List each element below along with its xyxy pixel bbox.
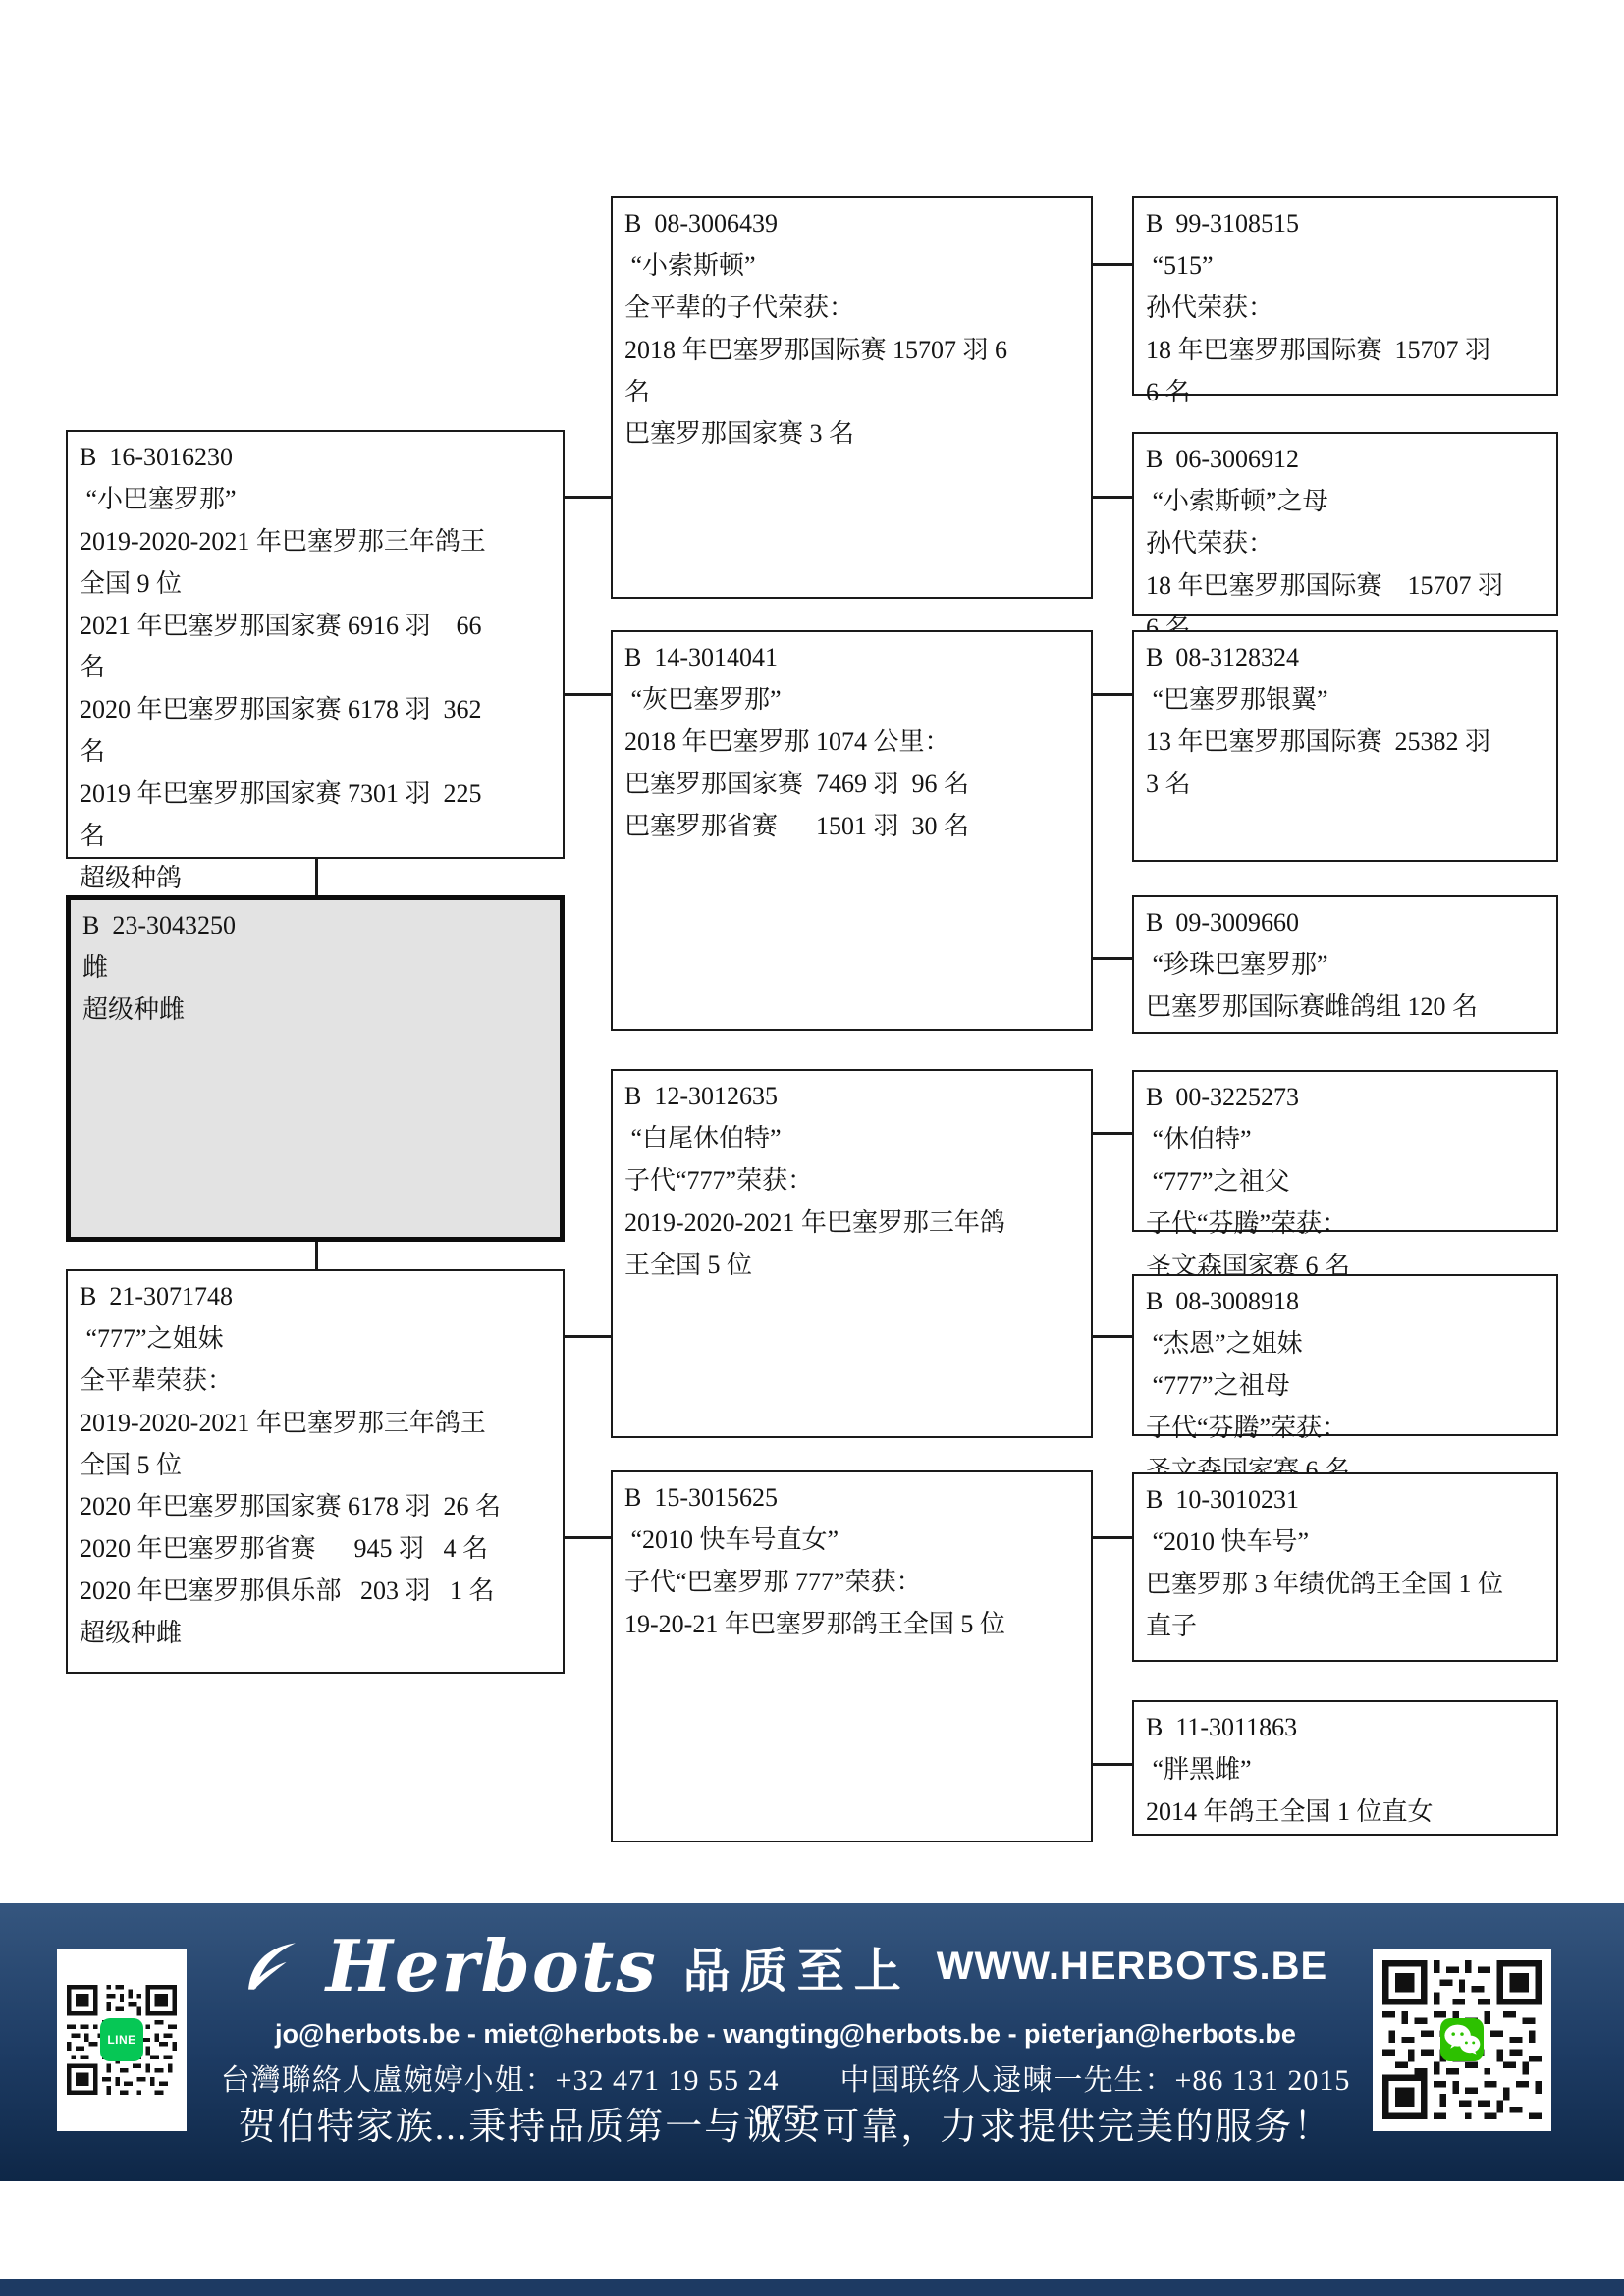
pedigree-box-gen3-1: B 99-3108515 “515” 孙代荣获： 18 年巴塞罗那国际赛 157… — [1132, 196, 1558, 396]
pigeon-details: “休伯特” “777”之祖父 子代“芬腾”荣获： 圣文森国家赛 6 名 — [1146, 1119, 1544, 1288]
ring-number: B 16-3016230 — [80, 437, 551, 479]
wechat-icon — [1440, 2018, 1484, 2061]
footer-brand-row: Herbots 品质至上 WWW.HERBOTS.BE — [206, 1931, 1365, 2002]
pigeon-details: 雌 超级种雌 — [82, 947, 548, 1032]
pedigree-box-gen3-5: B 00-3225273 “休伯特” “777”之祖父 子代“芬腾”荣获： 圣文… — [1132, 1070, 1558, 1232]
pigeon-details: “2010 快车号直女” 子代“巴塞罗那 777”荣获： 19-20-21 年巴… — [624, 1520, 1079, 1646]
pigeon-details: “515” 孙代荣获： 18 年巴塞罗那国际赛 15707 羽 6 名 — [1146, 245, 1544, 414]
connector-line — [1093, 496, 1132, 499]
connector-line — [1093, 1335, 1132, 1338]
pigeon-details: “小巴塞罗那” 2019-2020-2021 年巴塞罗那三年鸽王 全国 9 位 … — [80, 479, 551, 900]
footer-center: Herbots 品质至上 WWW.HERBOTS.BE jo@herbots.b… — [206, 1903, 1365, 2181]
connector-line — [1093, 263, 1132, 266]
connector-line — [315, 859, 318, 895]
footer-slogan: 贺伯特家族...秉持品质第一与诚实可靠，力求提供完美的服务！ — [206, 2096, 1365, 2150]
footer-emails: jo@herbots.be - miet@herbots.be - wangti… — [206, 2019, 1365, 2050]
pigeon-details: “2010 快车号” 巴塞罗那 3 年绩优鸽王全国 1 位 直子 — [1146, 1522, 1544, 1648]
connector-line — [565, 693, 611, 696]
pedigree-box-gen3-3: B 08-3128324 “巴塞罗那银翼” 13 年巴塞罗那国际赛 25382 … — [1132, 630, 1558, 862]
connector-line — [1093, 1536, 1132, 1539]
brand-logo: Herbots — [326, 1931, 658, 2002]
ring-number: B 21-3071748 — [80, 1276, 551, 1318]
pedigree-box-dam: B 21-3071748 “777”之姐妹 全平辈荣获： 2019-2020-2… — [66, 1269, 565, 1674]
connector-line — [1093, 1132, 1132, 1135]
pigeon-details: “灰巴塞罗那” 2018 年巴塞罗那 1074 公里： 巴塞罗那国家赛 7469… — [624, 679, 1079, 848]
pigeon-details: “杰恩”之姐妹 “777”之祖母 子代“芬腾”荣获： 圣文森国家赛 6 名 — [1146, 1323, 1544, 1492]
connector-line — [315, 1242, 318, 1269]
pedigree-box-gen3-7: B 10-3010231 “2010 快车号” 巴塞罗那 3 年绩优鸽王全国 1… — [1132, 1472, 1558, 1662]
connector-line — [1093, 957, 1132, 960]
ring-number: B 14-3014041 — [624, 637, 1079, 679]
pigeon-details: “巴塞罗那银翼” 13 年巴塞罗那国际赛 25382 羽 3 名 — [1146, 679, 1544, 806]
pedigree-box-gen3-6: B 08-3008918 “杰恩”之姐妹 “777”之祖母 子代“芬腾”荣获： … — [1132, 1274, 1558, 1436]
connector-line — [565, 496, 611, 499]
ring-number: B 23-3043250 — [82, 905, 548, 947]
pedigree-box-gen2-2: B 14-3014041 “灰巴塞罗那” 2018 年巴塞罗那 1074 公里：… — [611, 630, 1093, 1031]
ring-number: B 12-3012635 — [624, 1076, 1079, 1118]
pedigree-box-gen2-4: B 15-3015625 “2010 快车号直女” 子代“巴塞罗那 777”荣获… — [611, 1470, 1093, 1842]
pigeon-details: “777”之姐妹 全平辈荣获： 2019-2020-2021 年巴塞罗那三年鸽王… — [80, 1318, 551, 1655]
pedigree-box-subject: B 23-3043250 雌 超级种雌 — [66, 895, 565, 1242]
wechat-qr-code — [1373, 1949, 1551, 2131]
line-qr-code: LINE — [57, 1949, 187, 2131]
connector-line — [1093, 1763, 1132, 1766]
line-icon: LINE — [100, 2018, 143, 2061]
pedigree-box-gen3-2: B 06-3006912 “小索斯顿”之母 孙代荣获： 18 年巴塞罗那国际赛 … — [1132, 432, 1558, 616]
pigeon-details: “胖黑雌” 2014 年鸽王全国 1 位直女 — [1146, 1749, 1544, 1834]
pedigree-box-gen3-4: B 09-3009660 “珍珠巴塞罗那” 巴塞罗那国际赛雌鸽组 120 名 — [1132, 895, 1558, 1034]
connector-line — [565, 1536, 611, 1539]
footer-banner: LINE — [0, 1903, 1624, 2181]
ring-number: B 08-3008918 — [1146, 1281, 1544, 1323]
feather-icon — [241, 1941, 303, 1992]
pigeon-details: “小索斯顿” 全平辈的子代荣获： 2018 年巴塞罗那国际赛 15707 羽 6… — [624, 245, 1079, 455]
line-icon-label: LINE — [107, 2033, 135, 2047]
ring-number: B 99-3108515 — [1146, 203, 1544, 245]
ring-number: B 00-3225273 — [1146, 1077, 1544, 1119]
brand-tagline: 品质至上 — [683, 1933, 911, 2001]
pedigree-box-sire: B 16-3016230 “小巴塞罗那” 2019-2020-2021 年巴塞罗… — [66, 430, 565, 859]
ring-number: B 06-3006912 — [1146, 439, 1544, 481]
ring-number: B 08-3006439 — [624, 203, 1079, 245]
pedigree-box-gen2-3: B 12-3012635 “白尾休伯特” 子代“777”荣获： 2019-202… — [611, 1069, 1093, 1438]
pedigree-box-gen2-1: B 08-3006439 “小索斯顿” 全平辈的子代荣获： 2018 年巴塞罗那… — [611, 196, 1093, 599]
pigeon-details: “白尾休伯特” 子代“777”荣获： 2019-2020-2021 年巴塞罗那三… — [624, 1118, 1079, 1287]
pigeon-details: “小索斯顿”之母 孙代荣获： 18 年巴塞罗那国际赛 15707 羽 6 名 — [1146, 481, 1544, 650]
ring-number: B 09-3009660 — [1146, 902, 1544, 944]
ring-number: B 11-3011863 — [1146, 1707, 1544, 1749]
pigeon-details: “珍珠巴塞罗那” 巴塞罗那国际赛雌鸽组 120 名 — [1146, 944, 1544, 1029]
pedigree-page: B 16-3016230 “小巴塞罗那” 2019-2020-2021 年巴塞罗… — [0, 0, 1624, 2296]
pedigree-box-gen3-8: B 11-3011863 “胖黑雌” 2014 年鸽王全国 1 位直女 — [1132, 1700, 1558, 1836]
connector-line — [565, 1335, 611, 1338]
ring-number: B 15-3015625 — [624, 1477, 1079, 1520]
ring-number: B 10-3010231 — [1146, 1479, 1544, 1522]
ring-number: B 08-3128324 — [1146, 637, 1544, 679]
website-url: WWW.HERBOTS.BE — [937, 1945, 1327, 1989]
bottom-edge-strip — [0, 2279, 1624, 2296]
connector-line — [1093, 693, 1132, 696]
